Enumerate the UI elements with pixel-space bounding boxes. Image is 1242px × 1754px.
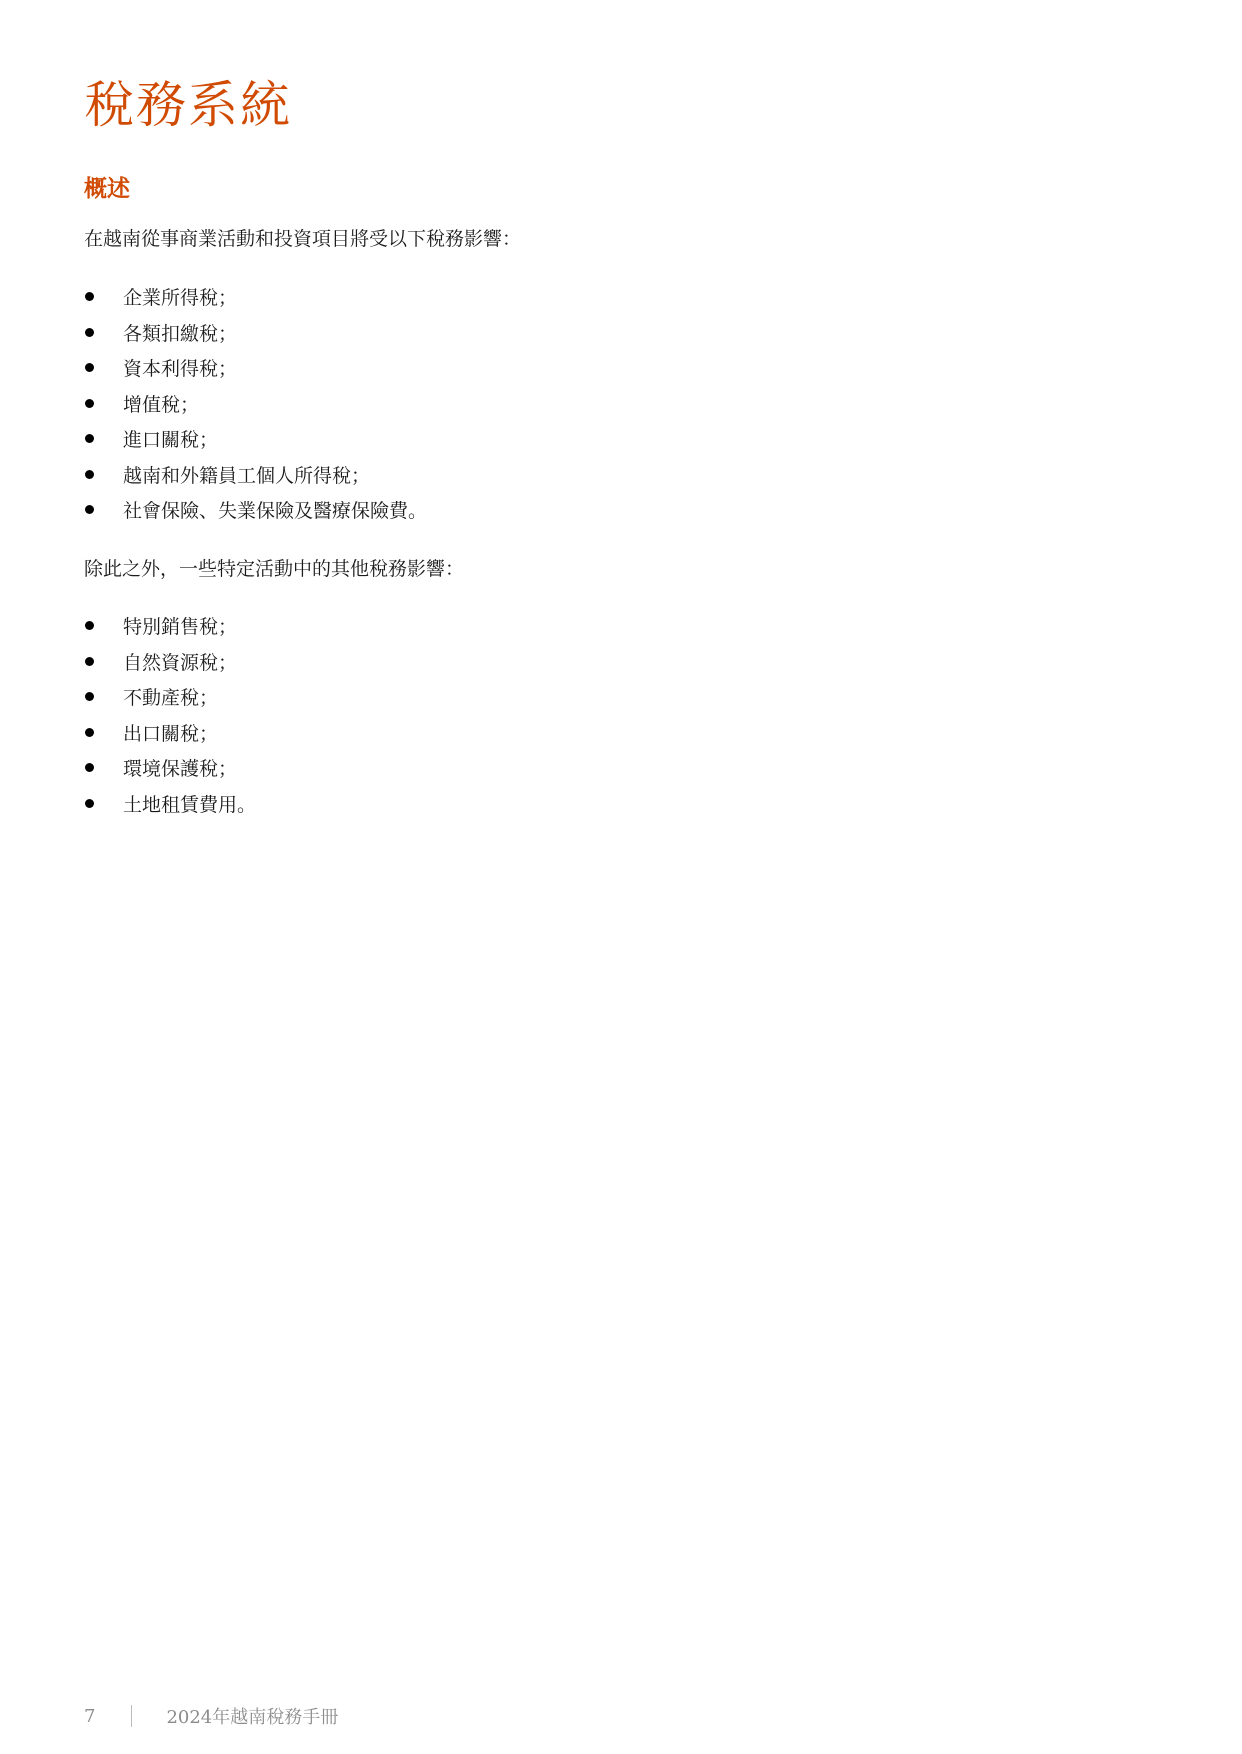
list-item: 進口關稅；: [84, 421, 427, 457]
bullet-icon: [85, 292, 94, 301]
list-item: 企業所得稅；: [84, 279, 427, 315]
list-item: 資本利得稅；: [84, 350, 427, 386]
list-item: 自然資源稅；: [84, 644, 256, 680]
bullet-icon: [85, 470, 94, 479]
bullet-icon: [85, 657, 94, 666]
bullet-icon: [85, 728, 94, 737]
publication-title: 2024年越南稅務手冊: [166, 1703, 338, 1729]
list-item: 不動產稅；: [84, 679, 256, 715]
bullet-icon: [85, 621, 94, 630]
intro-paragraph: 在越南從事商業活動和投資項目將受以下稅務影響：: [84, 228, 521, 251]
list-item: 環境保護稅；: [84, 750, 256, 786]
footer-divider: [131, 1705, 132, 1727]
list-item: 土地租賃費用。: [84, 786, 256, 822]
list-item: 越南和外籍員工個人所得稅；: [84, 457, 427, 493]
list-item: 各類扣繳稅；: [84, 315, 427, 351]
list-item: 增值稅；: [84, 386, 427, 422]
section-heading-overview: 概述: [84, 170, 130, 203]
list-item: 出口關稅；: [84, 715, 256, 751]
bullet-icon: [85, 328, 94, 337]
bullet-icon: [85, 434, 94, 443]
secondary-intro-paragraph: 除此之外，一些特定活動中的其他稅務影響：: [84, 558, 464, 581]
bullet-icon: [85, 399, 94, 408]
primary-taxes-list: 企業所得稅； 各類扣繳稅； 資本利得稅； 增值稅； 進口關稅； 越南和外籍員工個…: [84, 279, 427, 528]
list-item: 特別銷售稅；: [84, 608, 256, 644]
bullet-icon: [85, 799, 94, 808]
page-number: 7: [84, 1706, 95, 1727]
list-item: 社會保險、失業保險及醫療保險費。: [84, 492, 427, 528]
bullet-icon: [85, 692, 94, 701]
bullet-icon: [85, 763, 94, 772]
page-title: 稅務系統: [84, 78, 292, 133]
bullet-icon: [85, 505, 94, 514]
other-taxes-list: 特別銷售稅； 自然資源稅； 不動產稅； 出口關稅； 環境保護稅； 土地租賃費用。: [84, 608, 256, 821]
bullet-icon: [85, 363, 94, 372]
page-footer: 7 2024年越南稅務手冊: [84, 1703, 338, 1729]
